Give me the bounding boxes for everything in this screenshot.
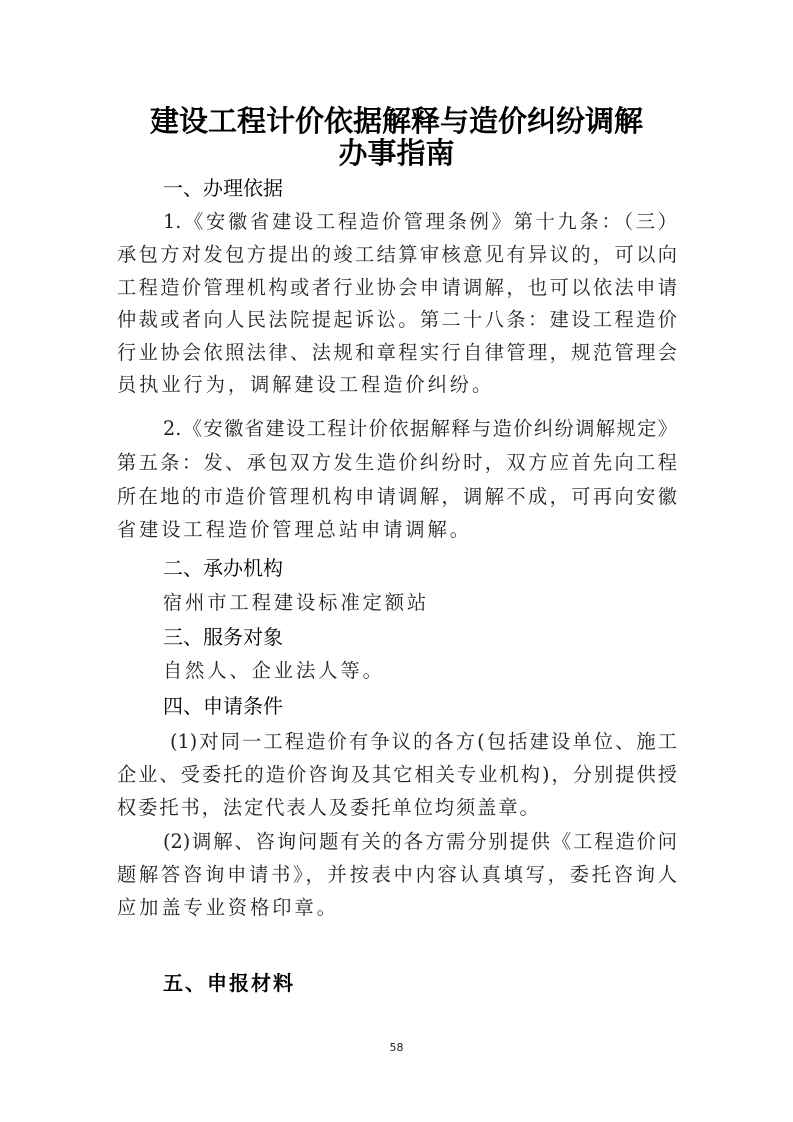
page-number: 58: [0, 1041, 793, 1054]
conditions-line: 题解答咨询申请书》，并按表中内容认真填写，委托咨询人: [117, 862, 677, 888]
conditions-line: 应加盖专业资格印章。: [117, 895, 677, 921]
conditions-line: 企业、受委托的造价咨询及其它相关专业机构)，分别提供授: [117, 762, 677, 788]
basis-line: 所在地的市造价管理机构申请调解，调解不成，可再向安徽: [117, 484, 677, 510]
basis-line: 行业协会依照法律、法规和章程实行自律管理，规范管理会: [117, 340, 677, 366]
basis-line: 承包方对发包方提出的竣工结算审核意见有异议的，可以向: [117, 242, 677, 268]
basis-line: 省建设工程造价管理总站申请调解。: [117, 517, 677, 543]
basis-line: 1.《安徽省建设工程造价管理条例》第十九条：（三）: [163, 209, 677, 235]
document-title-line-1: 建设工程计价依据解释与造价纠纷调解: [0, 104, 793, 138]
section-heading-service-target: 三、服务对象: [163, 624, 283, 650]
basis-line: 第五条：发、承包双方发生造价纠纷时，双方应首先向工程: [117, 450, 677, 476]
conditions-line: (1)对同一工程造价有争议的各方(包括建设单位、施工: [170, 729, 677, 755]
conditions-line: (2)调解、咨询问题有关的各方需分别提供《工程造价问: [163, 829, 677, 855]
section-heading-materials: 五、申报材料: [163, 970, 295, 996]
service-target-text: 自然人、企业法人等。: [163, 658, 385, 684]
conditions-line: 权委托书，法定代表人及委托单位均须盖章。: [117, 795, 677, 821]
basis-line: 2.《安徽省建设工程计价依据解释与造价纠纷调解规定》: [163, 416, 677, 442]
agency-name: 宿州市工程建设标准定额站: [163, 590, 429, 616]
document-title-line-2: 办事指南: [0, 136, 793, 170]
document-page: 建设工程计价依据解释与造价纠纷调解 办事指南 一、办理依据 1.《安徽省建设工程…: [0, 0, 793, 1122]
section-heading-conditions: 四、申请条件: [163, 693, 283, 719]
section-heading-agency: 二、承办机构: [163, 555, 283, 581]
basis-line: 工程造价管理机构或者行业协会申请调解，也可以依法申请: [117, 275, 677, 301]
basis-line: 仲裁或者向人民法院提起诉讼。第二十八条：建设工程造价: [117, 307, 677, 333]
basis-line: 员执业行为，调解建设工程造价纠纷。: [117, 372, 677, 398]
section-heading-basis: 一、办理依据: [163, 175, 283, 201]
